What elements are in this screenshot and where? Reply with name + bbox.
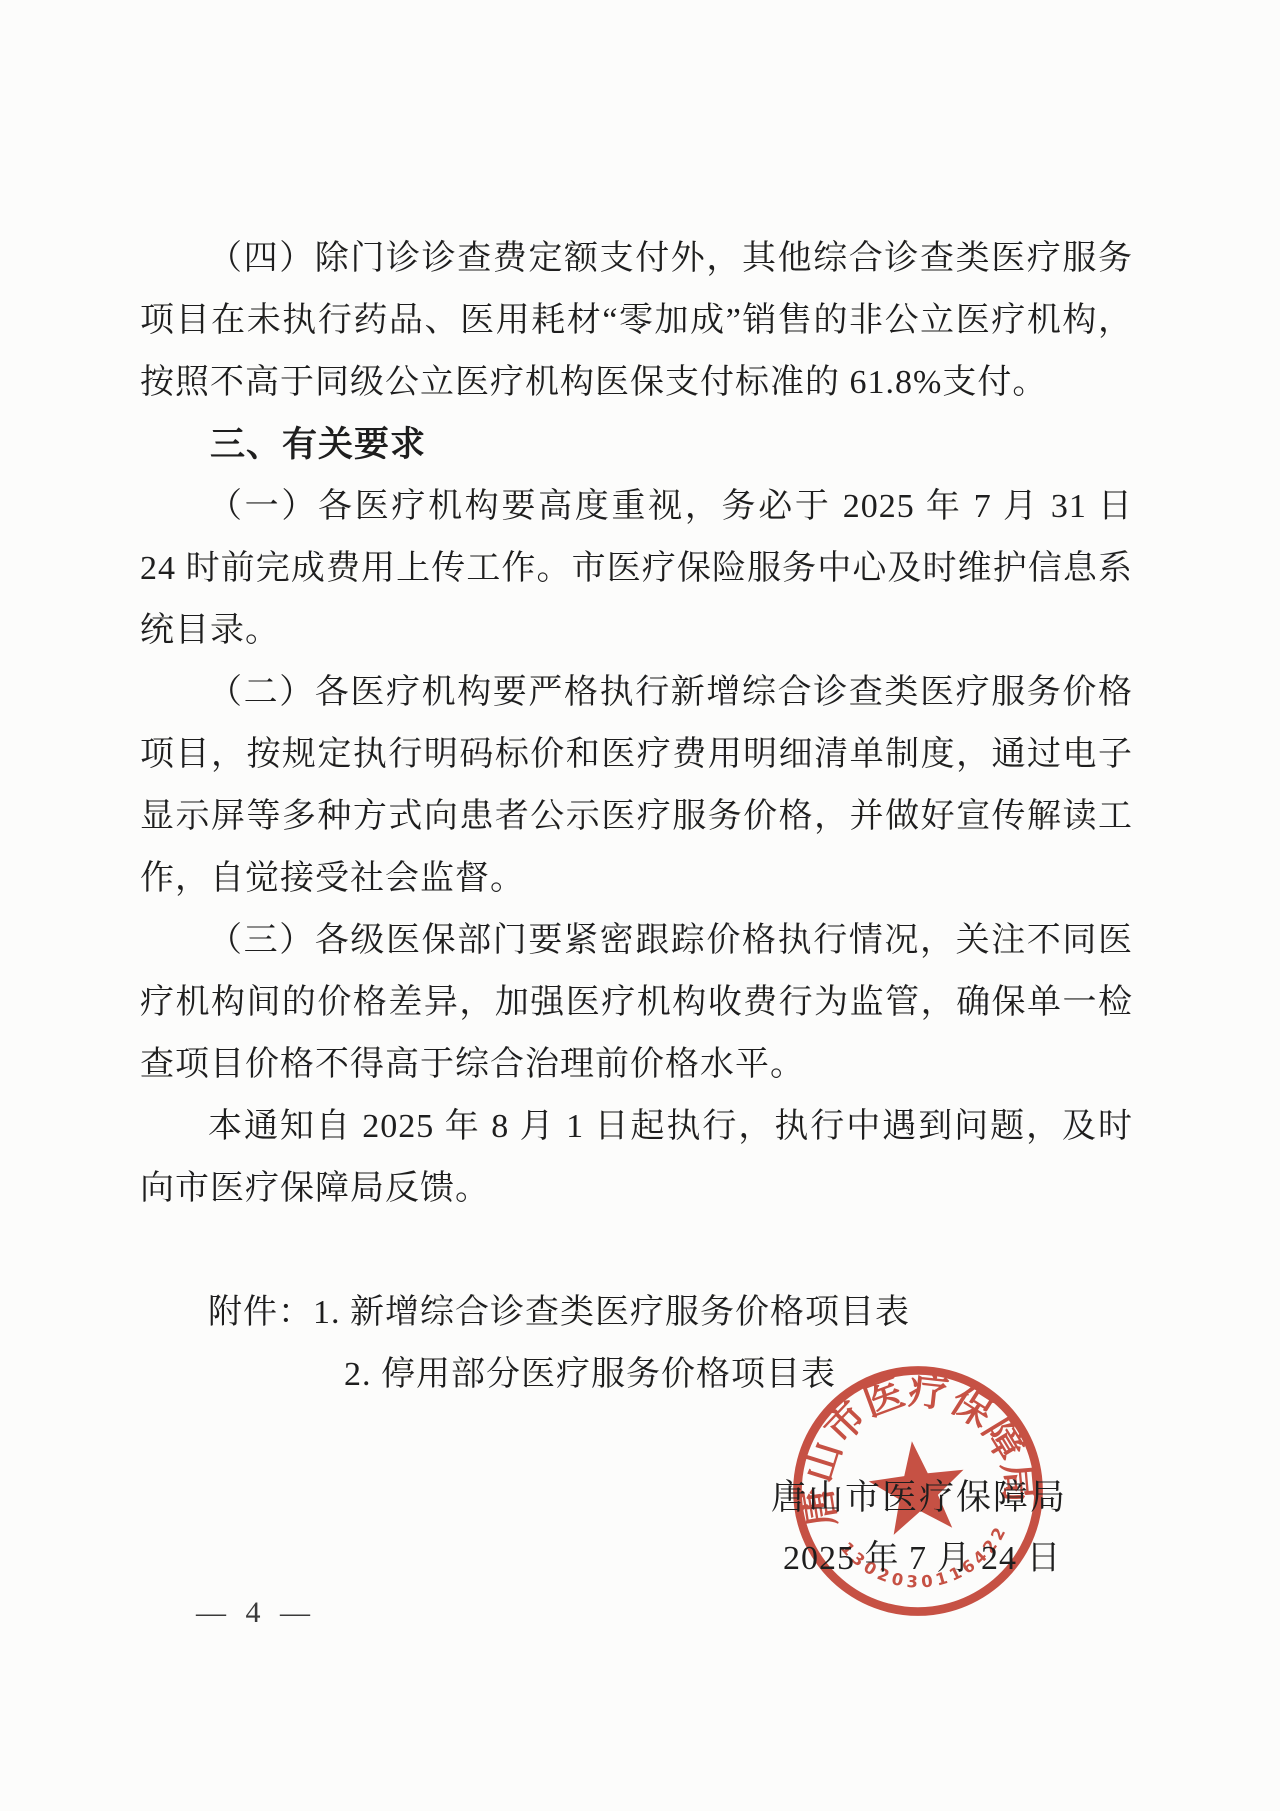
document-body: （四）除门诊诊查费定额支付外，其他综合诊查类医疗服务项目在未执行药品、医用耗材“… <box>140 228 1133 1406</box>
issuer-signature: 唐山市医疗保障局 <box>771 1470 1067 1520</box>
paragraph-item-4: （四）除门诊诊查费定额支付外，其他综合诊查类医疗服务项目在未执行药品、医用耗材“… <box>140 228 1133 414</box>
signature-date: 2025 年 7 月 24 日 <box>783 1530 1062 1579</box>
paragraph-requirement-3: （三）各级医保部门要紧密跟踪价格执行情况，关注不同医疗机构间的价格差异，加强医疗… <box>140 910 1133 1096</box>
page-number: — 4 — <box>196 1596 316 1630</box>
document-page: （四）除门诊诊查费定额支付外，其他综合诊查类医疗服务项目在未执行药品、医用耗材“… <box>0 0 1280 1811</box>
paragraph-requirement-1: （一）各医疗机构要高度重视，务必于 2025 年 7 月 31 日 24 时前完… <box>140 476 1133 662</box>
paragraph-effective-date: 本通知自 2025 年 8 月 1 日起执行，执行中遇到问题，及时向市医疗保障局… <box>140 1096 1133 1220</box>
paragraph-requirement-2: （二）各医疗机构要严格执行新增综合诊查类医疗服务价格项目，按规定执行明码标价和医… <box>140 662 1133 910</box>
attachment-line-1: 附件：1. 新增综合诊查类医疗服务价格项目表 <box>140 1282 1133 1344</box>
section-heading: 三、有关要求 <box>140 414 1133 476</box>
